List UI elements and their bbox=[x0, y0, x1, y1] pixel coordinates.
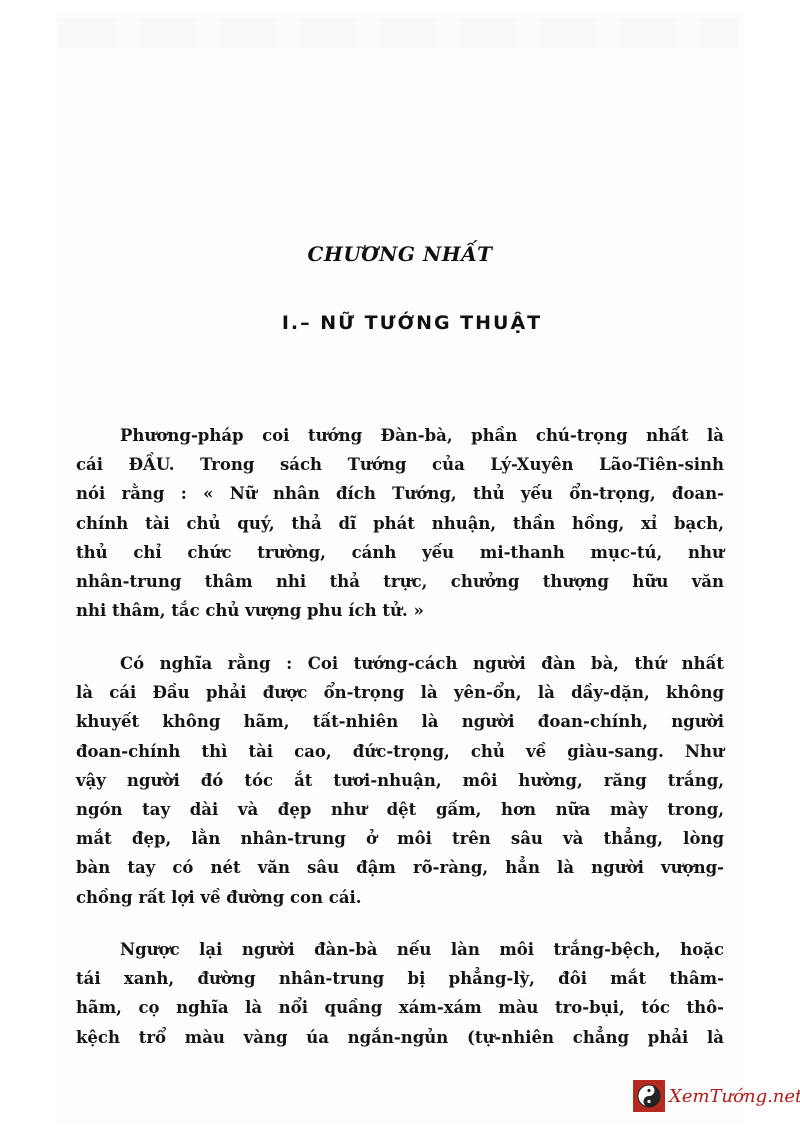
paragraph-3: Ngược lại người đàn-bà nếu làn môi trắng… bbox=[76, 935, 724, 1052]
text-line: nhân-trung thâm nhi thả trực, chưởng thư… bbox=[76, 567, 724, 596]
text-line: chính tài chủ quý, thả dĩ phát nhuận, th… bbox=[76, 509, 724, 538]
section-title: I.– NỮ TƯỚNG THUẬT bbox=[0, 312, 800, 334]
paragraph-1: Phương-pháp coi tướng Đàn-bà, phần chú-t… bbox=[76, 421, 724, 625]
watermark-logo[interactable]: XemTướng.net bbox=[633, 1080, 800, 1112]
text-line: hãm, cọ nghĩa là nổi quầng xám-xám màu t… bbox=[76, 993, 724, 1022]
text-line: Có nghĩa rằng : Coi tướng-cách người đàn… bbox=[76, 649, 724, 678]
paragraph-2: Có nghĩa rằng : Coi tướng-cách người đàn… bbox=[76, 649, 724, 912]
text-line: kệch trổ màu vàng úa ngắn-ngủn (tự-nhiên… bbox=[76, 1023, 724, 1052]
bleed-through-text bbox=[58, 18, 738, 48]
text-line: Ngược lại người đàn-bà nếu làn môi trắng… bbox=[76, 935, 724, 964]
text-line: tái xanh, đường nhân-trung bị phẳng-lỳ, … bbox=[76, 964, 724, 993]
text-line: cái ĐẦU. Trong sách Tướng của Lý-Xuyên L… bbox=[76, 450, 724, 479]
text-line: là cái Đầu phải được ổn-trọng là yên-ổn,… bbox=[76, 678, 724, 707]
text-line: thủ chỉ chức trường, cánh yếu mi-thanh m… bbox=[76, 538, 724, 567]
watermark-text: XemTướng.net bbox=[669, 1086, 800, 1107]
text-line: nói rằng : « Nữ nhân đích Tướng, thủ yếu… bbox=[76, 479, 724, 508]
text-line: nhi thâm, tắc chủ vượng phu ích tử. » bbox=[76, 596, 724, 625]
text-line: Phương-pháp coi tướng Đàn-bà, phần chú-t… bbox=[76, 421, 724, 450]
text-line: đoan-chính thì tài cao, đức-trọng, chủ v… bbox=[76, 737, 724, 766]
yin-yang-icon bbox=[633, 1080, 665, 1112]
text-line: chồng rất lợi về đường con cái. bbox=[76, 883, 724, 912]
text-line: mắt đẹp, lằn nhân-trung ở môi trên sâu v… bbox=[76, 824, 724, 853]
text-line: bàn tay có nét văn sâu đậm rõ-ràng, hẳn … bbox=[76, 853, 724, 882]
text-line: ngón tay dài và đẹp như dệt gấm, hơn nữa… bbox=[76, 795, 724, 824]
text-line: vậy người đó tóc ắt tươi-nhuận, môi hườn… bbox=[76, 766, 724, 795]
text-line: khuyết không hãm, tất-nhiên là người đoa… bbox=[76, 707, 724, 736]
chapter-title: CHƯƠNG NHẤT bbox=[0, 242, 800, 266]
